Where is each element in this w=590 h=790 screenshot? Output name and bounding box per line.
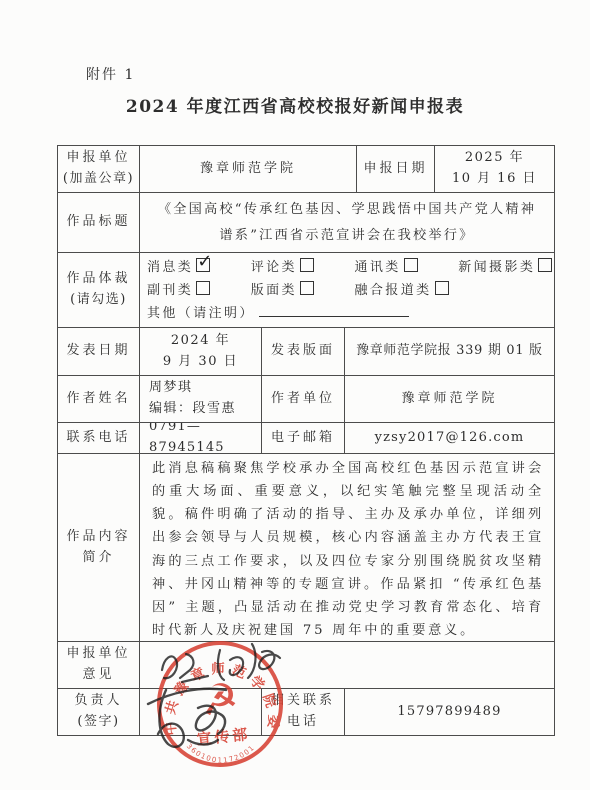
- page-title: 2024 年度江西省高校校报好新闻申报表: [0, 92, 590, 117]
- option-comment: 评论类: [251, 256, 314, 279]
- related-phone-label: 相关联系 电话: [262, 689, 345, 736]
- option-photography: 新闻摄影类: [458, 256, 552, 279]
- work-title-value: 《全国高校“传承红色基因、学思践悟中国共产党人精神 谱系”江西省示范宣讲会在我校…: [140, 193, 555, 253]
- row-contact: 联系电话 0791—87945145 电子邮箱 yzsy2017@126.com: [58, 423, 555, 454]
- work-title-label: 作品标题: [58, 193, 140, 253]
- summary-cell: 此消息稿稿聚焦学校承办全国高校红色基因示范宣讲会的重大场面、重要意义，以纪实笔触…: [140, 454, 555, 642]
- opinion-label: 申报单位 意见: [58, 642, 140, 689]
- layout-value: 豫章师范学院报 339 期 01 版: [345, 328, 555, 376]
- email-label: 电子邮箱: [262, 423, 345, 454]
- row-author: 作者姓名 周梦琪 编辑：段雪惠 作者单位 豫章师范学院: [58, 376, 555, 423]
- genre-options: 消息类 评论类 通讯类 新闻摄影类 副刊类 版面类 融合报道类 其他（请注明）: [140, 253, 555, 328]
- author-unit-value: 豫章师范学院: [345, 376, 555, 423]
- contact-phone-label: 联系电话: [58, 423, 140, 454]
- genre-options-line2: 副刊类 版面类 融合报道类: [147, 279, 449, 302]
- genre-label: 作品体裁 (请勾选): [58, 253, 140, 328]
- summary-label: 作品内容 简介: [58, 454, 140, 642]
- declaring-unit-value: 豫章师范学院: [140, 146, 357, 193]
- row-genre: 作品体裁 (请勾选) 消息类 评论类 通讯类 新闻摄影类 副刊类 版面类 融合报…: [58, 253, 555, 328]
- row-opinion: 申报单位 意见: [58, 642, 555, 689]
- declare-date-label: 申报日期: [357, 146, 435, 193]
- related-phone-value: 15797899489: [345, 689, 555, 736]
- row-work-title: 作品标题 《全国高校“传承红色基因、学思践悟中国共产党人精神 谱系”江西省示范宣…: [58, 193, 555, 253]
- declaring-unit-label: 申报单位 (加盖公章): [58, 146, 140, 193]
- empty-checkbox-icon: [538, 258, 552, 272]
- option-converged: 融合报道类: [355, 279, 449, 302]
- genre-other-line: 其他（请注明）: [147, 302, 409, 325]
- checked-checkbox-icon: [196, 258, 210, 272]
- row-signer: 负责人 (签字) 相关联系 电话 15797899489: [58, 689, 555, 736]
- author-unit-label: 作者单位: [262, 376, 345, 423]
- empty-checkbox-icon: [300, 281, 314, 295]
- empty-checkbox-icon: [435, 281, 449, 295]
- author-name-value: 周梦琪 编辑：段雪惠: [140, 376, 262, 423]
- contact-phone-value: 0791—87945145: [140, 423, 262, 454]
- empty-checkbox-icon: [196, 281, 210, 295]
- row-declaring-unit: 申报单位 (加盖公章) 豫章师范学院 申报日期 2025 年 10 月 16 日: [58, 146, 555, 193]
- row-publish-date: 发表日期 2024 年 9 月 30 日 发表版面 豫章师范学院报 339 期 …: [58, 328, 555, 376]
- attachment-label: 附件 1: [86, 64, 135, 84]
- empty-checkbox-icon: [300, 258, 314, 272]
- option-supplement: 副刊类: [147, 279, 210, 302]
- publish-date-label: 发表日期: [58, 328, 140, 376]
- row-summary: 作品内容 简介 此消息稿稿聚焦学校承办全国高校红色基因示范宣讲会的重大场面、重要…: [58, 454, 555, 642]
- publish-date-value: 2024 年 9 月 30 日: [140, 328, 262, 376]
- genre-options-line1: 消息类 评论类 通讯类 新闻摄影类: [147, 256, 552, 279]
- signature-cell: [140, 689, 262, 736]
- opinion-value: [140, 642, 555, 689]
- author-name-label: 作者姓名: [58, 376, 140, 423]
- other-blank-line: [259, 302, 409, 317]
- signer-label: 负责人 (签字): [58, 689, 140, 736]
- seal-serial-number: 3601001172001: [184, 735, 258, 768]
- option-news: 消息类: [147, 256, 210, 279]
- option-communication: 通讯类: [355, 256, 418, 279]
- declare-date-value: 2025 年 10 月 16 日: [435, 146, 555, 193]
- option-layout: 版面类: [251, 279, 314, 302]
- summary-text: 此消息稿稿聚焦学校承办全国高校红色基因示范宣讲会的重大场面、重要意义，以纪实笔触…: [140, 454, 554, 642]
- empty-checkbox-icon: [404, 258, 418, 272]
- layout-label: 发表版面: [262, 328, 345, 376]
- application-form-table: 申报单位 (加盖公章) 豫章师范学院 申报日期 2025 年 10 月 16 日…: [57, 145, 555, 736]
- email-value: yzsy2017@126.com: [345, 423, 555, 454]
- scanned-form-page: 附件 1 2024 年度江西省高校校报好新闻申报表 申报单位 (加盖公章) 豫章…: [0, 0, 590, 790]
